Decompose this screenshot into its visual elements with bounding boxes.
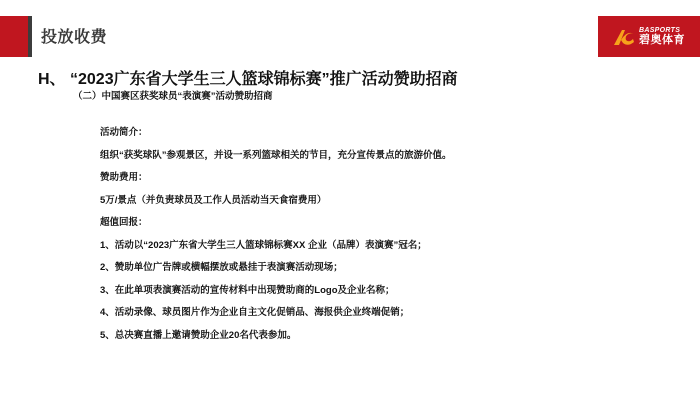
intro-text: 组织“获奖球队”参观景区，并设一系列篮球相关的节目，充分宣传景点的旅游价值。 — [100, 147, 452, 170]
logo-english: BASPORTS — [639, 27, 685, 34]
return-item: 4、活动录像、球员图片作为企业自主文化促销品、海报供企业终端促销； — [100, 304, 452, 327]
label-returns: 超值回报： — [100, 214, 452, 237]
return-item: 1、活动以“2023广东省大学生三人篮球锦标赛XX 企业（品牌）表演赛”冠名； — [100, 237, 452, 260]
fee-text: 5万/景点（并负责球员及工作人员活动当天食宿费用） — [100, 192, 452, 215]
logo-chinese: 碧奥体育 — [639, 35, 685, 46]
label-fee: 赞助费用： — [100, 169, 452, 192]
header-accent-divider — [28, 16, 32, 57]
return-item: 5、总决赛直播上邀请赞助企业20名代表参加。 — [100, 327, 452, 350]
page-subtitle: （二）中国赛区获奖球员“表演赛”活动赞助招商 — [73, 88, 273, 102]
return-item: 3、在此单项表演赛活动的宣传材料中出现赞助商的Logo及企业名称； — [100, 282, 452, 305]
brand-logo: BASPORTS 碧奥体育 — [598, 16, 700, 57]
label-intro: 活动简介： — [100, 124, 452, 147]
page-title: H、 “2023广东省大学生三人篮球锦标赛”推广活动赞助招商 — [38, 66, 458, 89]
section-title: 投放收费 — [41, 24, 107, 47]
header-accent-bar — [0, 16, 28, 57]
content-body: 活动简介： 组织“获奖球队”参观景区，并设一系列篮球相关的节目，充分宣传景点的旅… — [100, 124, 452, 349]
basports-logo-icon — [613, 28, 635, 46]
return-item: 2、赞助单位广告牌或横幅摆放或悬挂于表演赛活动现场； — [100, 259, 452, 282]
